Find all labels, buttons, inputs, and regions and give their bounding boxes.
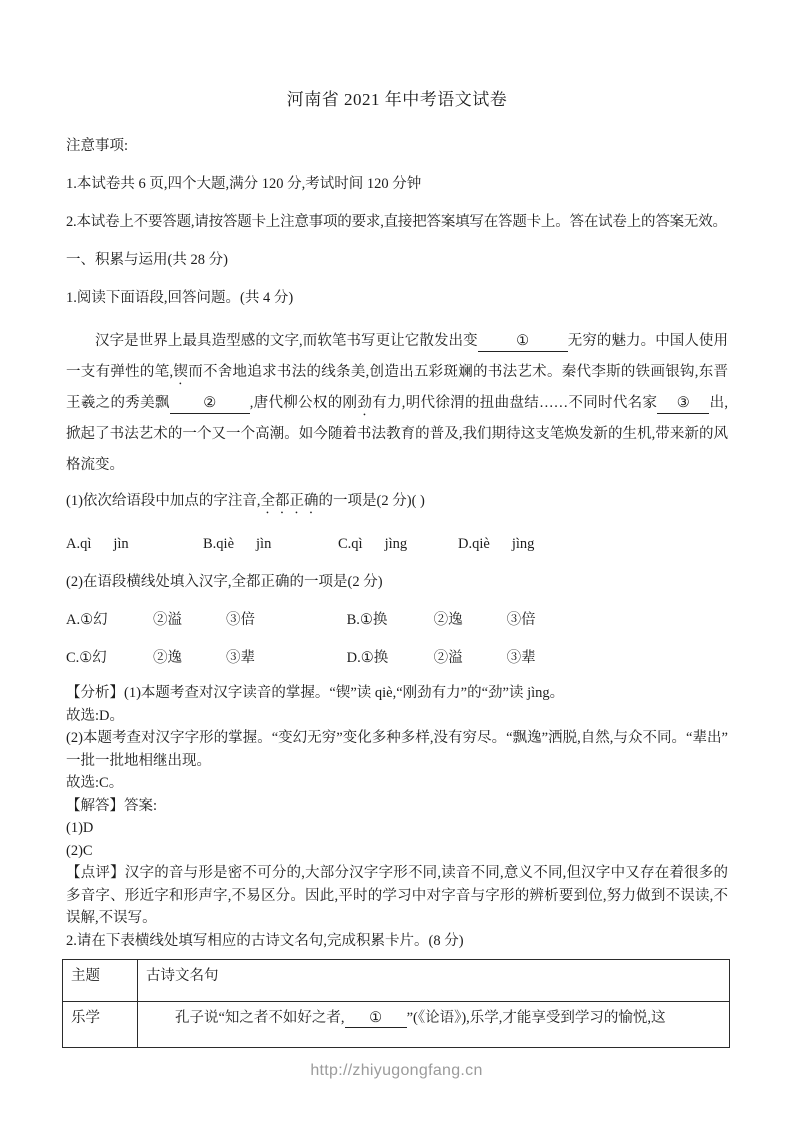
option-d: D.qièjìng xyxy=(458,534,534,555)
option-b: B.qièjìn xyxy=(203,534,338,555)
table-cell-quote: 孔子说“知之者不如好之者,①”(《论语》),乐学,才能享受到学习的愉悦,这 xyxy=(138,1002,730,1048)
notice-item-2: 2.本试卷上不要答题,请按答题卡上注意事项的要求,直接把答案填写在答题卡上。答在… xyxy=(66,212,728,233)
section-heading: 一、积累与运用(共 28 分) xyxy=(66,250,728,271)
option-c-part-3: ③辈 xyxy=(226,650,255,666)
accumulation-card-table: 主题 古诗文名句 乐学 孔子说“知之者不如好之者,①”(《论语》),乐学,才能享… xyxy=(62,959,730,1048)
option-b-part-2: ②逸 xyxy=(434,610,507,631)
option-d-part-3: ③辈 xyxy=(507,650,536,666)
option-a-pinyin-2: jìn xyxy=(113,536,128,552)
option-d-part-1: D.①换 xyxy=(347,648,434,669)
hanzi-options-row-1: A.①幻②溢③倍 B.①换②逸③倍 xyxy=(66,610,728,631)
table-row: 乐学 孔子说“知之者不如好之者,①”(《论语》),乐学,才能享受到学习的愉悦,这 xyxy=(63,1002,730,1048)
blank-underline-circled-number: ③ xyxy=(657,395,709,414)
table-cell-theme: 乐学 xyxy=(63,1002,138,1048)
analysis-line: 【分析】(1)本题考查对汉字读音的掌握。“锲”读 qiè,“刚劲有力”的“劲”读… xyxy=(66,682,728,705)
option-b-part-3: ③倍 xyxy=(507,612,536,628)
footer-watermark-url: http://zhiyugongfang.cn xyxy=(0,1062,793,1080)
option-a-group: A.①幻②溢③倍 xyxy=(66,610,343,631)
question-1-stem: 1.阅读下面语段,回答问题。(共 4 分) xyxy=(66,288,728,309)
table-header-quotes: 古诗文名句 xyxy=(138,960,730,1002)
text-segment: ”(《论语》),乐学,才能享受到学习的愉悦,这 xyxy=(407,1010,666,1026)
option-d-label: D.qiè xyxy=(458,536,490,552)
analysis-line: (2)本题考查对汉字字形的掌握。“变幻无穷”变化多种多样,没有穷尽。“飘逸”洒脱… xyxy=(66,727,728,772)
reading-passage: 汉字是世界上最具造型感的文字,而软笔书写更让它散发出变①无穷的魅力。中国人使用一… xyxy=(66,326,728,481)
analysis-answer-2: 故选:C。 xyxy=(66,772,728,795)
option-a-part-2: ②溢 xyxy=(153,610,226,631)
text-segment: (1)依次给语段中加点的字注音, xyxy=(66,493,261,509)
option-a-label: A.qì xyxy=(66,536,91,552)
option-c-pinyin-2: jìng xyxy=(385,536,408,552)
pinyin-options-row: A.qìjìn B.qièjìn C.qìjìng D.qièjìng xyxy=(66,534,728,555)
text-segment: 孔子说“知之者不如好之者, xyxy=(175,1010,345,1026)
table-header-theme: 主题 xyxy=(63,960,138,1002)
page-title: 河南省 2021 年中考语文试卷 xyxy=(66,88,728,112)
question-2-stem: 2.请在下表横线处填写相应的古诗文名句,完成积累卡片。(8 分) xyxy=(66,930,728,953)
text-segment: 汉字是世界上最具造型感的文字,而软笔书写更让它散发出变 xyxy=(95,333,478,349)
blank-underline-circled-number: ② xyxy=(170,395,250,414)
option-b-pinyin-2: jìn xyxy=(256,536,271,552)
solution-heading: 【解答】答案: xyxy=(66,795,728,818)
option-c: C.qìjìng xyxy=(338,534,458,555)
option-c-group: C.①幻②逸③辈 xyxy=(66,648,343,669)
question-1-1-stem: (1)依次给语段中加点的字注音,全都正确的一项是(2 分)( ) xyxy=(66,491,728,517)
hanzi-options-row-2: C.①幻②逸③辈 D.①换②溢③辈 xyxy=(66,648,728,669)
option-a-part-3: ③倍 xyxy=(226,612,255,628)
page-content: 河南省 2021 年中考语文试卷 注意事项: 1.本试卷共 6 页,四个大题,满… xyxy=(66,88,728,1048)
emphasis-dotted-text: 全都正确 xyxy=(261,493,319,509)
analysis-block: 【分析】(1)本题考查对汉字读音的掌握。“锲”读 qiè,“刚劲有力”的“劲”读… xyxy=(66,682,728,952)
table-header-row: 主题 古诗文名句 xyxy=(63,960,730,1002)
solution-answer-2: (2)C xyxy=(66,840,728,863)
notice-heading: 注意事项: xyxy=(66,136,728,157)
option-d-pinyin-2: jìng xyxy=(512,536,535,552)
option-c-label: C.qì xyxy=(338,536,363,552)
option-a-part-1: A.①幻 xyxy=(66,610,153,631)
comment-line: 【点评】汉字的音与形是密不可分的,大部分汉字字形不同,读音不同,意义不同,但汉字… xyxy=(66,862,728,930)
text-segment: 有力,明代徐渭的扭曲盘结……不同时代名家 xyxy=(372,395,657,411)
blank-underline-circled-number: ① xyxy=(478,333,568,352)
analysis-answer-1: 故选:D。 xyxy=(66,705,728,728)
emphasis-dotted-text: 锲 xyxy=(173,364,188,380)
option-b-group: B.①换②逸③倍 xyxy=(347,610,624,631)
blank-underline-circled-number: ① xyxy=(345,1010,407,1028)
option-b-label: B.qiè xyxy=(203,536,234,552)
exam-paper-page: 河南省 2021 年中考语文试卷 注意事项: 1.本试卷共 6 页,四个大题,满… xyxy=(0,0,793,1122)
text-segment: ,唐代柳公权的刚 xyxy=(250,395,358,411)
option-d-group: D.①换②溢③辈 xyxy=(347,648,624,669)
option-b-part-1: B.①换 xyxy=(347,610,434,631)
option-a: A.qìjìn xyxy=(66,534,203,555)
text-segment: 的一项是(2 分)( ) xyxy=(319,493,425,509)
solution-answer-1: (1)D xyxy=(66,817,728,840)
option-c-part-1: C.①幻 xyxy=(66,648,153,669)
question-1-2-stem: (2)在语段横线处填入汉字,全都正确的一项是(2 分) xyxy=(66,572,728,593)
option-c-part-2: ②逸 xyxy=(153,648,226,669)
emphasis-dotted-text: 劲 xyxy=(357,395,372,411)
option-d-part-2: ②溢 xyxy=(434,648,507,669)
notice-item-1: 1.本试卷共 6 页,四个大题,满分 120 分,考试时间 120 分钟 xyxy=(66,174,728,195)
